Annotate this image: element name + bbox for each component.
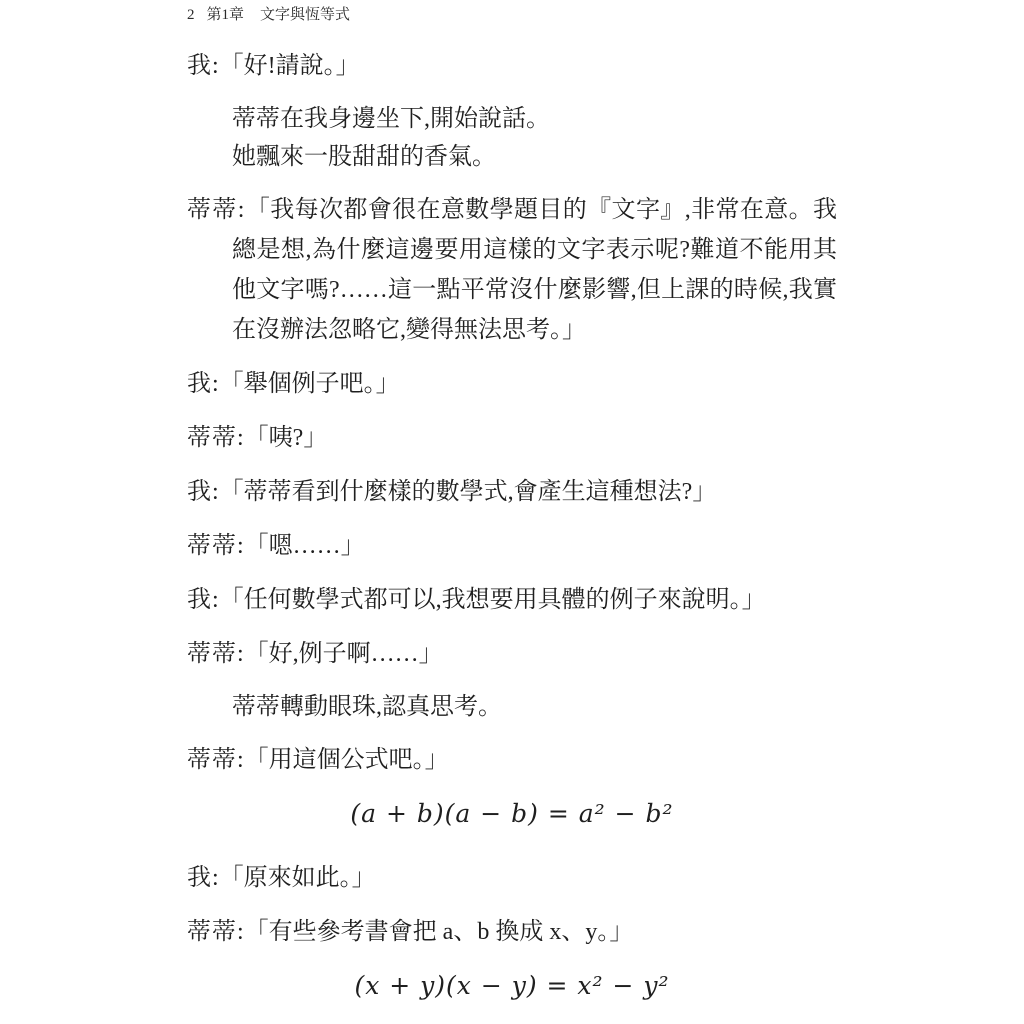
speech-text: 「嗯……」 [245, 533, 365, 559]
chapter-label: 第1章 [207, 7, 245, 23]
math-formula: (x + y)(x − y) = x² − y² [187, 968, 837, 1004]
dialogue-block: 我:「蒂蒂看到什麼樣的數學式,會產生這種想法?」 [187, 472, 837, 512]
speaker-label: 蒂蒂: [187, 533, 245, 559]
book-page: 2第1章文字與恆等式 我:「好!請說。」 蒂蒂在我身邊坐下,開始說話。 她飄來一… [0, 0, 1024, 1024]
speaker-label: 我: [187, 371, 220, 397]
speech-text: 「我每次都會很在意數學題目的『文字』,非常在意。我總是想,為什麼這邊要用這樣的文… [232, 197, 837, 343]
speaker-label: 我: [187, 865, 220, 891]
running-head: 2第1章文字與恆等式 [187, 5, 837, 25]
math-formula: (a + b)(a − b) = a² − b² [187, 796, 837, 832]
speaker-label: 蒂蒂: [187, 197, 245, 223]
narration-block: 蒂蒂在我身邊坐下,開始說話。 她飄來一股甜甜的香氣。 [232, 100, 837, 176]
narration-line: 蒂蒂轉動眼珠,認真思考。 [232, 688, 837, 726]
speaker-label: 蒂蒂: [187, 747, 245, 773]
chapter-title: 文字與恆等式 [260, 7, 350, 23]
speaker-label: 我: [187, 479, 220, 505]
speaker-label: 蒂蒂: [187, 641, 245, 667]
speaker-label: 我: [187, 587, 220, 613]
dialogue-block: 蒂蒂:「好,例子啊……」 [187, 634, 837, 674]
dialogue-block: 我:「原來如此。」 [187, 858, 837, 898]
speech-text: 「任何數學式都可以,我想要用具體的例子來說明。」 [220, 587, 766, 613]
speaker-label: 我: [187, 53, 220, 79]
speech-text: 「好!請說。」 [220, 53, 360, 79]
speech-text: 「咦?」 [245, 425, 328, 451]
speaker-label: 蒂蒂: [187, 425, 245, 451]
speech-text: 「有些參考書會把 a、b 換成 x、y。」 [245, 919, 634, 945]
dialogue-block: 蒂蒂:「咦?」 [187, 418, 837, 458]
narration-line: 蒂蒂在我身邊坐下,開始說話。 [232, 100, 837, 138]
speaker-label: 蒂蒂: [187, 919, 245, 945]
dialogue-block: 我:「任何數學式都可以,我想要用具體的例子來說明。」 [187, 580, 837, 620]
dialogue-block: 蒂蒂:「我每次都會很在意數學題目的『文字』,非常在意。我總是想,為什麼這邊要用這… [187, 190, 837, 350]
speech-text: 「舉個例子吧。」 [220, 371, 400, 397]
dialogue-block: 蒂蒂:「有些參考書會把 a、b 換成 x、y。」 [187, 912, 837, 952]
narration-line: 她飄來一股甜甜的香氣。 [232, 138, 837, 176]
speech-text: 「原來如此。」 [220, 865, 376, 891]
dialogue-block: 蒂蒂:「嗯……」 [187, 526, 837, 566]
dialogue-block: 我:「好!請說。」 [187, 46, 837, 86]
speech-text: 「好,例子啊……」 [245, 641, 443, 667]
page-number: 2 [187, 7, 195, 23]
speech-text: 「蒂蒂看到什麼樣的數學式,會產生這種想法?」 [220, 479, 717, 505]
dialogue-block: 我:「舉個例子吧。」 [187, 364, 837, 404]
speech-text: 「用這個公式吧。」 [245, 747, 449, 773]
dialogue-block: 蒂蒂:「用這個公式吧。」 [187, 740, 837, 780]
narration-block: 蒂蒂轉動眼珠,認真思考。 [232, 688, 837, 726]
